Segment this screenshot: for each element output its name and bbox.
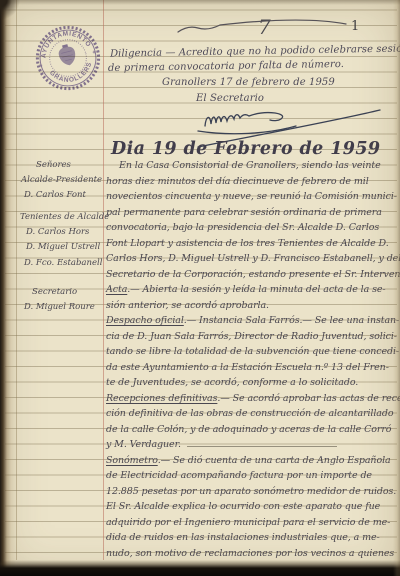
margin-name-ustrell: D. Miguel Ustrell xyxy=(26,242,100,252)
body-line: Acta.— Abierta la sesión y leída la minu… xyxy=(106,282,398,298)
body-line-text: Secretario de la Corporación, estando pr… xyxy=(106,269,400,280)
body-line-text: de Electricidad acompañando factura por … xyxy=(106,470,372,481)
margin-name-estabanell: D. Fco. Estabanell xyxy=(24,258,102,268)
body-line-text: dida de ruidos en las instalaciones indu… xyxy=(106,532,380,543)
body-line: adquirido por el Ingeniero municipal par… xyxy=(106,515,398,531)
body-line-text: .— Instancia Sala Farrós.— Se lee una in… xyxy=(184,315,399,326)
body-line: Recepciones definitivas.— Se acordó apro… xyxy=(106,391,398,407)
body-line-text: y M. Verdaguer. xyxy=(106,439,181,450)
body-line: horas diez minutos del día diecinueve de… xyxy=(106,174,398,190)
body-line: ción definitiva de las obras de construc… xyxy=(106,406,398,422)
crossed-out-number: 7 xyxy=(172,6,352,42)
body-line: novecientos cincuenta y nueve, se reunió… xyxy=(106,189,398,205)
body-line: convocatoria, bajo la presidencia del Sr… xyxy=(106,220,398,236)
body-line: pal permanente para celebrar sesión ordi… xyxy=(106,205,398,221)
body-line: y M. Verdaguer. xyxy=(106,437,398,453)
body-line: Sonómetro.— Se dió cuenta de una carta d… xyxy=(106,453,398,469)
body-line-text: tando se libre la totalidad de la subven… xyxy=(106,346,399,357)
body-line-text: .— Se dió cuenta de una carta de Anglo E… xyxy=(158,455,391,466)
body-line-text: da este Ayuntamiento a la Estación Escue… xyxy=(106,362,389,373)
body-line-text: cia de D. Juan Sala Farrós, Director de … xyxy=(106,331,397,342)
body-line: 12.885 pesetas por un aparato sonómetro … xyxy=(106,484,398,500)
body-line: nudo, son motivo de reclamaciones por lo… xyxy=(106,546,398,562)
body-line: de Electricidad acompañando factura por … xyxy=(106,468,398,484)
margin-role-secretario: Secretario xyxy=(32,287,77,297)
body-line-text: El Sr. Alcalde explica lo ocurrido con e… xyxy=(106,501,380,512)
old-page-number: 7 xyxy=(258,15,271,39)
body-line-text: Carlos Hors, D. Miguel Ustrell y D. Fran… xyxy=(106,253,400,264)
stamp-coat-of-arms xyxy=(57,43,78,67)
body-line: dida de ruidos en las instalaciones indu… xyxy=(106,530,398,546)
body-line-text: sión anterior, se acordó aprobarla. xyxy=(106,300,269,311)
body-line: de la calle Colón, y de adoquinado y ace… xyxy=(106,422,398,438)
body-line: tando se libre la totalidad de la subven… xyxy=(106,344,398,360)
margin-role-alcalde: Alcalde-Presidente xyxy=(21,175,102,185)
scanned-minutes-page: AYUNTAMIENTO GRANOLLERS ✳ ✳ 7 1 Diligenc… xyxy=(0,0,400,576)
section-heading: Sonómetro xyxy=(106,455,158,466)
margin-name-hors: D. Carlos Hors xyxy=(26,227,89,237)
body-line-text: .— Abierta la sesión y leída la minuta d… xyxy=(127,284,385,295)
body-line-text: de la calle Colón, y de adoquinado y ace… xyxy=(106,424,391,435)
body-line-text: te de Juventudes, se acordó, conforme a … xyxy=(106,377,358,388)
scan-edge-bottom xyxy=(0,560,400,576)
body-line: El Sr. Alcalde explica lo ocurrido con e… xyxy=(106,499,398,515)
body-line-text: 12.885 pesetas por un aparato sonómetro … xyxy=(106,486,396,497)
body-line-text: nudo, son motivo de reclamaciones por lo… xyxy=(106,548,394,559)
body-line-text: En la Casa Consistorial de Granollers, s… xyxy=(119,160,381,171)
body-line: Despacho oficial.— Instancia Sala Farrós… xyxy=(106,313,398,329)
body-line: te de Juventudes, se acordó, conforme a … xyxy=(106,375,398,391)
page-number: 1 xyxy=(351,19,359,34)
body-line-text: horas diez minutos del día diecinueve de… xyxy=(106,176,369,187)
body-line: cia de D. Juan Sala Farrós, Director de … xyxy=(106,329,398,345)
stamp-right-mark: ✳ xyxy=(92,49,97,55)
margin-role-tenientes: Tenientes de Alcalde xyxy=(20,212,109,222)
diligencia-dateline: Granollers 17 de febrero de 1959 xyxy=(162,77,335,88)
section-heading: Recepciones definitivas xyxy=(106,393,217,404)
line-filler xyxy=(187,438,337,447)
body-text: En la Casa Consistorial de Granollers, s… xyxy=(106,158,398,561)
margin-name-roure: D. Miguel Roure xyxy=(24,302,95,312)
body-line: En la Casa Consistorial de Granollers, s… xyxy=(106,158,398,174)
body-line-text: pal permanente para celebrar sesión ordi… xyxy=(106,207,382,218)
section-heading: Acta xyxy=(106,284,127,295)
body-line-text: Font Llopart y asistencia de los tres Te… xyxy=(106,238,389,249)
body-line-text: adquirido por el Ingeniero municipal par… xyxy=(106,517,390,528)
body-line: da este Ayuntamiento a la Estación Escue… xyxy=(106,360,398,376)
margin-header: Señores xyxy=(36,160,71,170)
section-heading: Despacho oficial xyxy=(106,315,184,326)
body-line-text: ción definitiva de las obras de construc… xyxy=(106,408,393,419)
body-line-text: novecientos cincuenta y nueve, se reunió… xyxy=(106,191,397,202)
stamp-left-mark: ✳ xyxy=(38,62,43,68)
session-date-title: Dia 19 de Febrero de 1959 xyxy=(111,139,359,159)
body-line: Font Llopart y asistencia de los tres Te… xyxy=(106,236,398,252)
body-line: sión anterior, se acordó aprobarla. xyxy=(106,298,398,314)
body-line-text: .— Se acordó aprobar las actas de recep- xyxy=(217,393,400,404)
left-fold-line xyxy=(16,0,17,560)
body-line-text: convocatoria, bajo la presidencia del Sr… xyxy=(106,222,379,233)
body-line: Carlos Hors, D. Miguel Ustrell y D. Fran… xyxy=(106,251,398,267)
body-line: Secretario de la Corporación, estando pr… xyxy=(106,267,398,283)
margin-name-font: D. Carlos Font xyxy=(24,190,86,200)
